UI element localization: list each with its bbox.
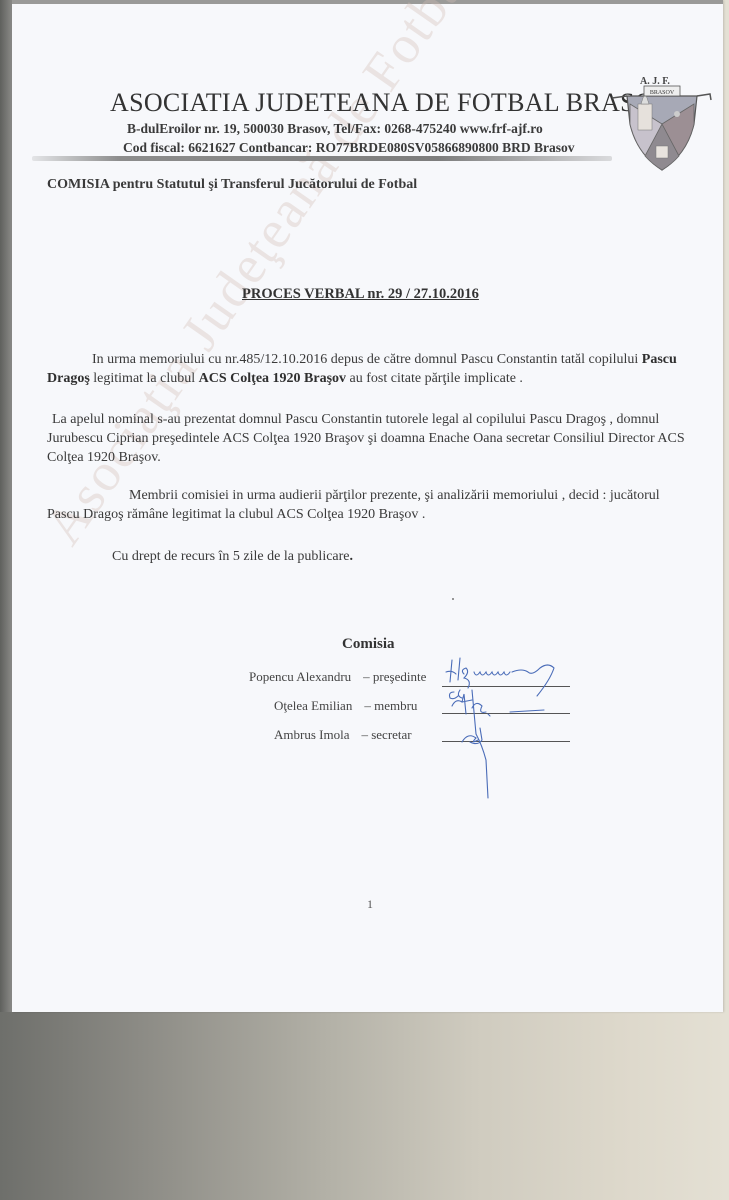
document-page: Asociaţia Judeţeană de Fotbal Braşov ASO… xyxy=(12,0,723,1012)
club-name: ACS Colţea 1920 Braşov xyxy=(199,371,346,386)
paragraph-decision: Membrii comisiei in urma audierii părţil… xyxy=(47,486,687,524)
committee-member: Ambrus Imola– secretar xyxy=(274,727,412,743)
commission-title: COMISIA pentru Statutul şi Transferul Ju… xyxy=(47,177,417,193)
document-title: PROCES VERBAL nr. 29 / 27.10.2016 xyxy=(242,286,479,303)
header-divider xyxy=(32,156,612,161)
ajf-crest-logo: BRASOV xyxy=(612,74,712,174)
scan-top-edge xyxy=(12,0,723,4)
svg-text:BRASOV: BRASOV xyxy=(650,90,675,96)
member-role: – membru xyxy=(364,698,417,714)
watermark: Asociaţia Judeţeană de Fotbal Braşov xyxy=(32,0,590,556)
member-name: Ambrus Imola xyxy=(274,727,349,742)
page-number: 1 xyxy=(367,897,373,912)
member-role: – preşedinte xyxy=(363,669,426,685)
committee-member: Oţelea Emilian– membru xyxy=(274,698,417,714)
crest-label: A. J. F. xyxy=(640,76,670,87)
org-bank-details: Cod fiscal: 6621627 Contbancar: RO77BRDE… xyxy=(123,140,575,156)
org-address: B-dulEroilor nr. 19, 500030 Brasov, Tel/… xyxy=(127,121,543,137)
paragraph-memorandum: In urma memoriului cu nr.485/12.10.2016 … xyxy=(47,350,687,388)
member-name: Oţelea Emilian xyxy=(274,698,352,713)
committee-member: Popencu Alexandru– preşedinte xyxy=(249,669,426,685)
handwritten-signatures xyxy=(432,650,592,800)
scanner-edge xyxy=(0,0,12,1012)
member-name: Popencu Alexandru xyxy=(249,669,351,684)
member-role: – secretar xyxy=(361,727,411,743)
committee-title: Comisia xyxy=(342,636,395,653)
paragraph-appeal: Cu drept de recurs în 5 zile de la publi… xyxy=(47,547,687,566)
scan-speck xyxy=(452,598,454,600)
org-name: ASOCIATIA JUDETEANA DE FOTBAL BRASOV xyxy=(110,88,673,118)
paragraph-attendance: La apelul nominal s-au prezentat domnul … xyxy=(47,410,687,467)
